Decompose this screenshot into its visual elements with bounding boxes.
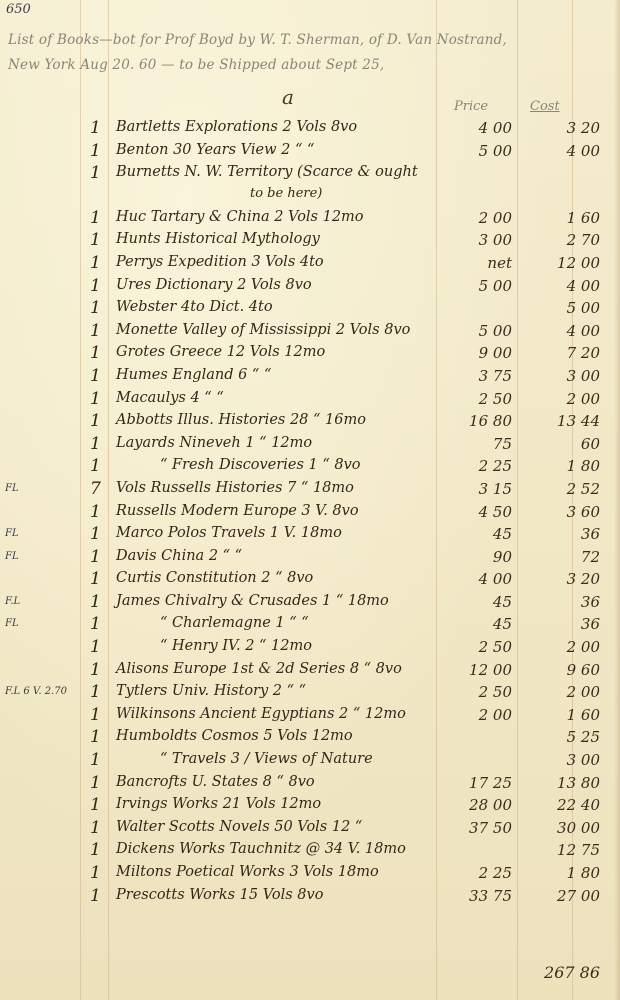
cost-price: 13 44: [528, 412, 600, 430]
quantity: 1: [90, 434, 101, 454]
cost-price: 1 80: [528, 864, 600, 882]
list-price: 2 50: [452, 638, 512, 656]
list-price: 5 00: [452, 277, 512, 295]
ledger-row: 1Humboldts Cosmos 5 Vols 12mo5 25: [0, 727, 620, 750]
cost-price: 27 00: [528, 887, 600, 905]
cost-price: 9 60: [528, 661, 600, 679]
book-title: “ Travels 3 / Views of Nature: [160, 751, 373, 767]
book-title: Abbotts Illus. Histories 28 “ 16mo: [116, 412, 366, 428]
cost-price: 60: [528, 435, 600, 453]
cost-price: 3 60: [528, 503, 600, 521]
list-price: 3 15: [452, 480, 512, 498]
ledger-row: 1Perrys Expedition 3 Vols 4tonet12 00: [0, 253, 620, 276]
quantity: 1: [90, 682, 101, 702]
book-title: Alisons Europe 1st & 2d Series 8 “ 8vo: [116, 661, 402, 677]
quantity: 1: [90, 750, 101, 770]
cost-price: 1 60: [528, 706, 600, 724]
quantity: 7: [90, 479, 101, 499]
book-title: Irvings Works 21 Vols 12mo: [116, 796, 321, 812]
quantity: 1: [90, 141, 101, 161]
cost-price: 1 60: [528, 209, 600, 227]
list-price: 4 00: [452, 570, 512, 588]
quantity: 1: [90, 818, 101, 838]
margin-mark: FL: [5, 551, 19, 562]
list-price: 2 00: [452, 209, 512, 227]
cost-price: 4 00: [528, 142, 600, 160]
ledger-row: FL7Vols Russells Histories 7 “ 18mo3 152…: [0, 479, 620, 502]
cost-column-header: Cost: [530, 99, 560, 114]
ledger-row: 1Huc Tartary & China 2 Vols 12mo2 001 60: [0, 208, 620, 231]
book-title: Humboldts Cosmos 5 Vols 12mo: [116, 728, 353, 744]
cost-price: 12 75: [528, 841, 600, 859]
cost-price: 22 40: [528, 796, 600, 814]
book-title: Walter Scotts Novels 50 Vols 12 “: [116, 819, 362, 835]
quantity: 1: [90, 502, 101, 522]
quantity: 1: [90, 886, 101, 906]
cost-price: 2 00: [528, 390, 600, 408]
ledger-entries: 1Bartletts Explorations 2 Vols 8vo4 003 …: [0, 118, 620, 908]
margin-mark: FL: [5, 618, 19, 629]
quantity: 1: [90, 795, 101, 815]
quantity: 1: [90, 389, 101, 409]
cost-price: 12 00: [528, 254, 600, 272]
heading-line-1: List of Books—bot for Prof Boyd by W. T.…: [8, 28, 608, 53]
cost-price: 5 25: [528, 728, 600, 746]
cost-price: 2 52: [528, 480, 600, 498]
page-number: 650: [6, 2, 31, 17]
book-title: Grotes Greece 12 Vols 12mo: [116, 344, 325, 360]
book-title: Curtis Constitution 2 “ 8vo: [116, 570, 313, 586]
book-title: Layards Nineveh 1 “ 12mo: [116, 435, 312, 451]
quantity: 1: [90, 163, 101, 183]
quantity: 1: [90, 208, 101, 228]
quantity: 1: [90, 727, 101, 747]
book-title: Webster 4to Dict. 4to: [116, 299, 273, 315]
book-title: Prescotts Works 15 Vols 8vo: [116, 887, 323, 903]
book-title: Macaulys 4 “ “: [116, 390, 224, 406]
cost-price: 13 80: [528, 774, 600, 792]
ledger-row: F.L 6 V. 2.701Tytlers Univ. History 2 “ …: [0, 682, 620, 705]
list-price: 75: [452, 435, 512, 453]
book-title: Perrys Expedition 3 Vols 4to: [116, 254, 324, 270]
book-title: “ Charlemagne 1 “ “: [160, 615, 309, 631]
list-price: 33 75: [452, 887, 512, 905]
list-price: net: [452, 254, 512, 272]
margin-mark: FL: [5, 528, 19, 539]
book-title: Hunts Historical Mythology: [116, 231, 320, 247]
ledger-row: 1Alisons Europe 1st & 2d Series 8 “ 8vo1…: [0, 660, 620, 683]
quantity: 1: [90, 614, 101, 634]
ledger-row-continuation: to be here): [0, 186, 620, 208]
book-title: Humes England 6 “ “: [116, 367, 271, 383]
list-price: 45: [452, 525, 512, 543]
ledger-row: 1Irvings Works 21 Vols 12mo28 0022 40: [0, 795, 620, 818]
ledger-row: 1“ Henry IV. 2 “ 12mo2 502 00: [0, 637, 620, 660]
cost-price: 5 00: [528, 299, 600, 317]
book-title: Tytlers Univ. History 2 “ “: [116, 683, 306, 699]
ledger-heading: List of Books—bot for Prof Boyd by W. T.…: [8, 28, 608, 78]
quantity: 1: [90, 863, 101, 883]
ledger-row: 1Russells Modern Europe 3 V. 8vo4 503 60: [0, 502, 620, 525]
quantity: 1: [90, 118, 101, 138]
book-title: Vols Russells Histories 7 “ 18mo: [116, 480, 354, 496]
book-title: Bartletts Explorations 2 Vols 8vo: [116, 119, 357, 135]
book-title: “ Henry IV. 2 “ 12mo: [160, 638, 312, 654]
quantity: 1: [90, 321, 101, 341]
ledger-row: 1Dickens Works Tauchnitz @ 34 V. 18mo12 …: [0, 840, 620, 863]
ledger-row: 1Abbotts Illus. Histories 28 “ 16mo16 80…: [0, 411, 620, 434]
quantity: 1: [90, 660, 101, 680]
list-price: 2 50: [452, 683, 512, 701]
quantity: 1: [90, 253, 101, 273]
book-title: “ Fresh Discoveries 1 “ 8vo: [160, 457, 361, 473]
cost-price: 1 80: [528, 457, 600, 475]
list-price: 45: [452, 593, 512, 611]
ledger-row: 1Ures Dictionary 2 Vols 8vo5 004 00: [0, 276, 620, 299]
cost-price: 7 20: [528, 344, 600, 362]
quantity: 1: [90, 547, 101, 567]
ledger-row: 1Grotes Greece 12 Vols 12mo9 007 20: [0, 343, 620, 366]
list-price: 90: [452, 548, 512, 566]
book-title: Wilkinsons Ancient Egyptians 2 “ 12mo: [116, 706, 406, 722]
cost-price: 36: [528, 593, 600, 611]
ledger-row: 1Prescotts Works 15 Vols 8vo33 7527 00: [0, 886, 620, 909]
quantity: 1: [90, 276, 101, 296]
book-title: James Chivalry & Crusades 1 “ 18mo: [116, 593, 389, 609]
price-column-header: Price: [454, 99, 488, 114]
list-price: 4 50: [452, 503, 512, 521]
ledger-row: FL1Davis China 2 “ “9072: [0, 547, 620, 570]
cost-price: 4 00: [528, 277, 600, 295]
book-title: Bancrofts U. States 8 “ 8vo: [116, 774, 315, 790]
ledger-row: 1Walter Scotts Novels 50 Vols 12 “37 503…: [0, 818, 620, 841]
list-price: 5 00: [452, 142, 512, 160]
list-price: 37 50: [452, 819, 512, 837]
quantity: 1: [90, 366, 101, 386]
list-price: 9 00: [452, 344, 512, 362]
book-title: Monette Valley of Mississippi 2 Vols 8vo: [116, 322, 410, 338]
book-title: Benton 30 Years View 2 “ “: [116, 142, 314, 158]
list-price: 2 25: [452, 457, 512, 475]
cost-price: 3 20: [528, 119, 600, 137]
ledger-row: 1Layards Nineveh 1 “ 12mo7560: [0, 434, 620, 457]
book-title-continuation: to be here): [250, 186, 322, 201]
book-title: Burnetts N. W. Territory (Scarce & ought: [116, 164, 418, 180]
ledger-row: 1Hunts Historical Mythology3 002 70: [0, 230, 620, 253]
list-price: 17 25: [452, 774, 512, 792]
list-price: 2 50: [452, 390, 512, 408]
list-price: 28 00: [452, 796, 512, 814]
book-title: Huc Tartary & China 2 Vols 12mo: [116, 209, 364, 225]
cost-price: 3 20: [528, 570, 600, 588]
cost-price: 2 00: [528, 683, 600, 701]
list-price: 45: [452, 615, 512, 633]
quantity: 1: [90, 524, 101, 544]
ledger-row: 1Miltons Poetical Works 3 Vols 18mo2 251…: [0, 863, 620, 886]
quantity: 1: [90, 773, 101, 793]
ledger-row: 1Benton 30 Years View 2 “ “5 004 00: [0, 141, 620, 164]
quantity: 1: [90, 411, 101, 431]
ledger-row: FL1Marco Polos Travels 1 V. 18mo4536: [0, 524, 620, 547]
quantity: 1: [90, 705, 101, 725]
margin-mark: F.L: [5, 596, 20, 607]
list-price: 12 00: [452, 661, 512, 679]
quantity: 1: [90, 343, 101, 363]
book-title: Russells Modern Europe 3 V. 8vo: [116, 503, 359, 519]
ledger-row: 1Wilkinsons Ancient Egyptians 2 “ 12mo2 …: [0, 705, 620, 728]
cost-price: 4 00: [528, 322, 600, 340]
quantity: 1: [90, 230, 101, 250]
book-title: Ures Dictionary 2 Vols 8vo: [116, 277, 312, 293]
book-title: Dickens Works Tauchnitz @ 34 V. 18mo: [116, 841, 406, 857]
cost-price: 3 00: [528, 751, 600, 769]
ledger-row: F.L1James Chivalry & Crusades 1 “ 18mo45…: [0, 592, 620, 615]
cost-price: 30 00: [528, 819, 600, 837]
ledger-page: 650 List of Books—bot for Prof Boyd by W…: [0, 0, 620, 1000]
ledger-row: 1Macaulys 4 “ “2 502 00: [0, 389, 620, 412]
list-price: 2 25: [452, 864, 512, 882]
ledger-row: 1“ Travels 3 / Views of Nature3 00: [0, 750, 620, 773]
cost-price: 2 70: [528, 231, 600, 249]
list-price: 4 00: [452, 119, 512, 137]
ledger-row: 1Bartletts Explorations 2 Vols 8vo4 003 …: [0, 118, 620, 141]
cost-price: 36: [528, 615, 600, 633]
book-title: Marco Polos Travels 1 V. 18mo: [116, 525, 342, 541]
cost-price: 36: [528, 525, 600, 543]
ledger-row: 1Monette Valley of Mississippi 2 Vols 8v…: [0, 321, 620, 344]
margin-mark: F.L 6 V. 2.70: [5, 686, 67, 697]
ledger-row: FL1“ Charlemagne 1 “ “4536: [0, 614, 620, 637]
ledger-row: 1Humes England 6 “ “3 753 00: [0, 366, 620, 389]
cost-price: 72: [528, 548, 600, 566]
quantity: 1: [90, 592, 101, 612]
total-cost: 267 86: [528, 963, 600, 982]
book-title: Davis China 2 “ “: [116, 548, 242, 564]
cost-price: 3 00: [528, 367, 600, 385]
heading-line-2: New York Aug 20. 60 — to be Shipped abou…: [8, 53, 608, 78]
list-price: 16 80: [452, 412, 512, 430]
quantity: 1: [90, 637, 101, 657]
ledger-row: 1“ Fresh Discoveries 1 “ 8vo2 251 80: [0, 456, 620, 479]
quantity: 1: [90, 456, 101, 476]
quantity: 1: [90, 569, 101, 589]
cost-price: 2 00: [528, 638, 600, 656]
book-title: Miltons Poetical Works 3 Vols 18mo: [116, 864, 379, 880]
quantity: 1: [90, 298, 101, 318]
list-price: 2 00: [452, 706, 512, 724]
heading-mark: a: [282, 85, 294, 109]
margin-mark: FL: [5, 483, 19, 494]
ledger-row: 1Burnetts N. W. Territory (Scarce & ough…: [0, 163, 620, 186]
ledger-row: 1Webster 4to Dict. 4to5 00: [0, 298, 620, 321]
list-price: 5 00: [452, 322, 512, 340]
ledger-row: 1Curtis Constitution 2 “ 8vo4 003 20: [0, 569, 620, 592]
list-price: 3 00: [452, 231, 512, 249]
quantity: 1: [90, 840, 101, 860]
ledger-row: 1Bancrofts U. States 8 “ 8vo17 2513 80: [0, 773, 620, 796]
list-price: 3 75: [452, 367, 512, 385]
